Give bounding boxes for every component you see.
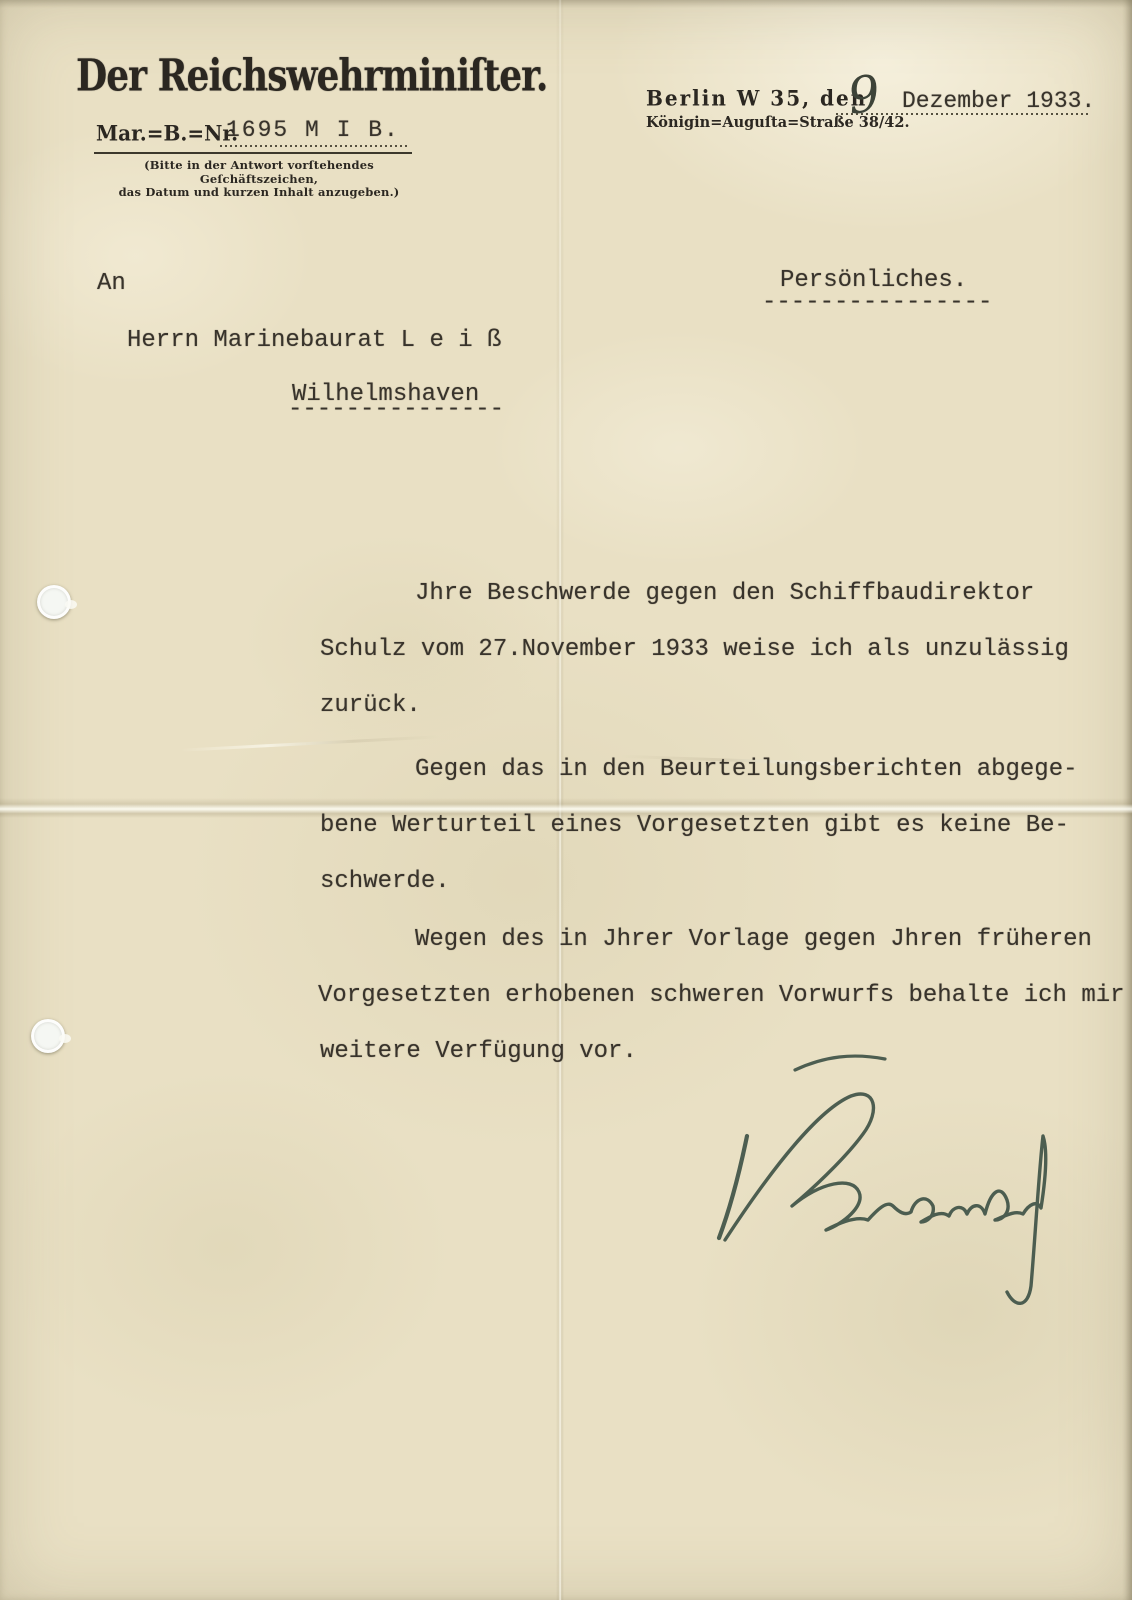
reference-dotted-line [220,145,410,147]
letterhead-note-line2: das Datum und kurzen Inhalt anzugeben.) [98,186,420,200]
recipient-city-underline: --------------- [288,396,504,423]
punch-hole-top [37,585,71,619]
reference-number: 1695 M I B. [226,117,400,143]
body-line: Vorgesetzten erhobenen schweren Vorwurfs… [318,982,1125,1009]
crease-minor-left [180,735,440,752]
punch-hole-bottom [31,1019,65,1053]
body-line: Gegen das in den Beurteilungsberichten a… [415,756,1078,783]
typed-date: Dezember 1933. [902,88,1095,114]
street-address: Königin=Auguſta=Straße 38/42. [646,114,910,131]
letterhead-title: Der Reichswehrminiſter. [76,50,547,101]
subject-underline: ---------------- [762,289,992,316]
body-line: Wegen des in Jhrer Vorlage gegen Jhren f… [415,926,1092,953]
reference-underline [94,152,412,154]
body-line: weitere Verfügung vor. [320,1038,637,1065]
signature-main-stroke [725,1094,1046,1303]
body-line: zurück. [320,692,421,719]
recipient-name: Herrn Marinebaurat L e i ß [127,327,501,354]
signature-flourish-dash [795,1056,885,1070]
signature-initial-stroke [719,1136,747,1238]
body-line: Schulz vom 27.November 1933 weise ich al… [320,636,1069,663]
body-line: Jhre Beschwerde gegen den Schiffbaudirek… [415,580,1034,607]
recipient-to-label: An [97,270,126,297]
paper-edge-top [0,0,1132,8]
blomberg-signature [695,1040,1065,1325]
dateline-place: Berlin W 35, den [646,85,867,111]
letter-scan: Der Reichswehrminiſter. Mar.=B.=Nr. 1695… [0,0,1132,1600]
letterhead-note: (Bitte in der Antwort vorſtehendes Geſch… [98,159,420,200]
reference-label: Mar.=B.=Nr. [96,120,238,146]
letterhead-note-line1: (Bitte in der Antwort vorſtehendes Geſch… [98,159,420,186]
body-line: bene Werturteil eines Vorgesetzten gibt … [320,812,1069,839]
body-line: schwerde. [320,868,450,895]
